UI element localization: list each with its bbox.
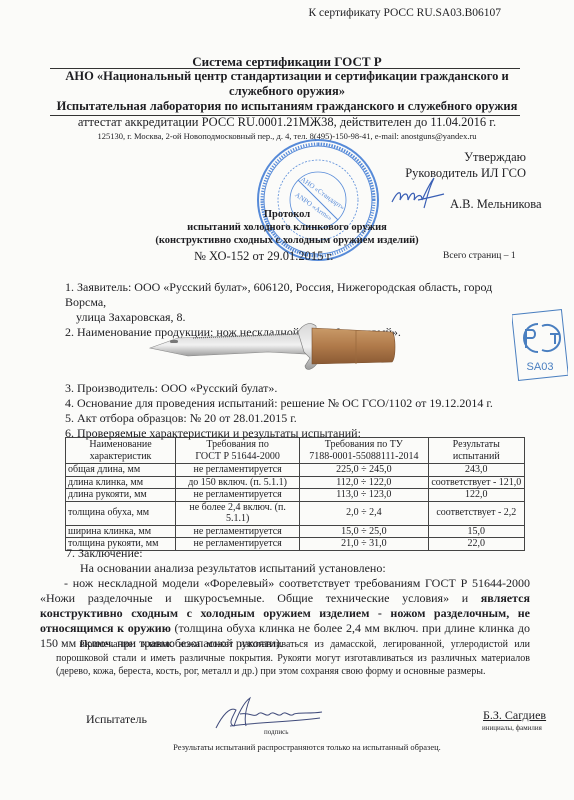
- table-row: общая длина, ммне регламентируется225,0 …: [66, 464, 525, 477]
- list-item: 3. Производитель: ООО «Русский булат». 4…: [65, 381, 525, 441]
- table-row: длина клинка, ммдо 150 включ. (п. 5.1.1)…: [66, 476, 525, 489]
- column-header: Требования по ТУ7188-0001-55088111-2014: [300, 438, 429, 464]
- table-cell: соответствует - 2,2: [428, 501, 524, 525]
- table-cell: 113,0 ÷ 123,0: [300, 489, 429, 502]
- protocol-number: № ХО-152 от 29.01.2015 г.: [194, 249, 333, 264]
- signature-caption: подпись: [264, 728, 288, 736]
- table-cell: длина рукояти, мм: [66, 489, 176, 502]
- table-cell: общая длина, мм: [66, 464, 176, 477]
- accreditation-line: аттестат аккредитации РОСС RU.0001.21МЖ3…: [0, 115, 574, 130]
- table-cell: 243,0: [428, 464, 524, 477]
- table-cell: 15,0: [428, 525, 524, 538]
- table-cell: 15,0 ÷ 25,0: [300, 525, 429, 538]
- table-cell: длина клинка, мм: [66, 476, 176, 489]
- note-paragraph: Примечание: клинок ножа может изготавлив…: [56, 638, 530, 679]
- table-cell: ширина клинка, мм: [66, 525, 176, 538]
- disclaimer: Результаты испытаний распространяются то…: [0, 742, 574, 752]
- table-row: ширина клинка, ммне регламентируется15,0…: [66, 525, 525, 538]
- table-cell: 2,0 ÷ 2,4: [300, 501, 429, 525]
- tester-name: Б.З. Сагдиев: [483, 708, 546, 723]
- table-cell: до 150 включ. (п. 5.1.1): [176, 476, 300, 489]
- approver-signature-icon: [388, 172, 448, 212]
- protocol-subtitle-2: (конструктивно сходных с холодным оружие…: [0, 234, 574, 247]
- tester-signature-icon: [210, 696, 330, 732]
- rst-certification-mark-icon: SA03: [512, 308, 568, 382]
- approval-label: Утверждаю: [400, 149, 526, 165]
- table-cell: не регламентируется: [176, 525, 300, 538]
- table-row: толщина обуха, ммне более 2,4 включ. (п.…: [66, 501, 525, 525]
- column-header: Наименованиехарактеристик: [66, 438, 176, 464]
- table-cell: 225,0 ÷ 245,0: [300, 464, 429, 477]
- table-cell: 122,0: [428, 489, 524, 502]
- conclusion-intro: На основании анализа результатов испытан…: [40, 561, 530, 576]
- certificate-reference: К сертификату РОСС RU.SA03.B06107: [0, 7, 574, 19]
- protocol-subtitle: испытаний холодного клинкового оружия: [0, 221, 574, 234]
- conclusion-section: 7. Заключение: На основании анализа резу…: [40, 546, 530, 651]
- column-header: Требования поГОСТ Р 51644-2000: [176, 438, 300, 464]
- table-cell: не регламентируется: [176, 464, 300, 477]
- laboratory-name: Испытательная лаборатория по испытаниям …: [0, 99, 574, 114]
- column-header: Результатыиспытаний: [428, 438, 524, 464]
- table-cell: не более 2,4 включ. (п. 5.1.1): [176, 501, 300, 525]
- table-row: длина рукояти, ммне регламентируется113,…: [66, 489, 525, 502]
- knife-image: [148, 322, 396, 374]
- protocol-title: Протокол: [0, 208, 574, 221]
- results-table: Наименованиехарактеристик Требования поГ…: [65, 437, 525, 551]
- tester-label: Испытатель: [86, 712, 147, 727]
- page-count: Всего страниц – 1: [443, 251, 516, 261]
- conclusion-heading: 7. Заключение:: [40, 546, 530, 561]
- table-header-row: Наименованиехарактеристик Требования поГ…: [66, 438, 525, 464]
- protocol-heading: Протокол испытаний холодного клинкового …: [0, 208, 574, 247]
- name-caption: инициалы, фамилия: [482, 724, 542, 732]
- table-cell: соответствует - 121,0: [428, 476, 524, 489]
- table-cell: не регламентируется: [176, 489, 300, 502]
- organization-name: АНО «Национальный центр стандартизации и…: [60, 69, 514, 99]
- table-cell: толщина обуха, мм: [66, 501, 176, 525]
- table-cell: 112,0 ÷ 122,0: [300, 476, 429, 489]
- svg-text:SA03: SA03: [527, 361, 554, 373]
